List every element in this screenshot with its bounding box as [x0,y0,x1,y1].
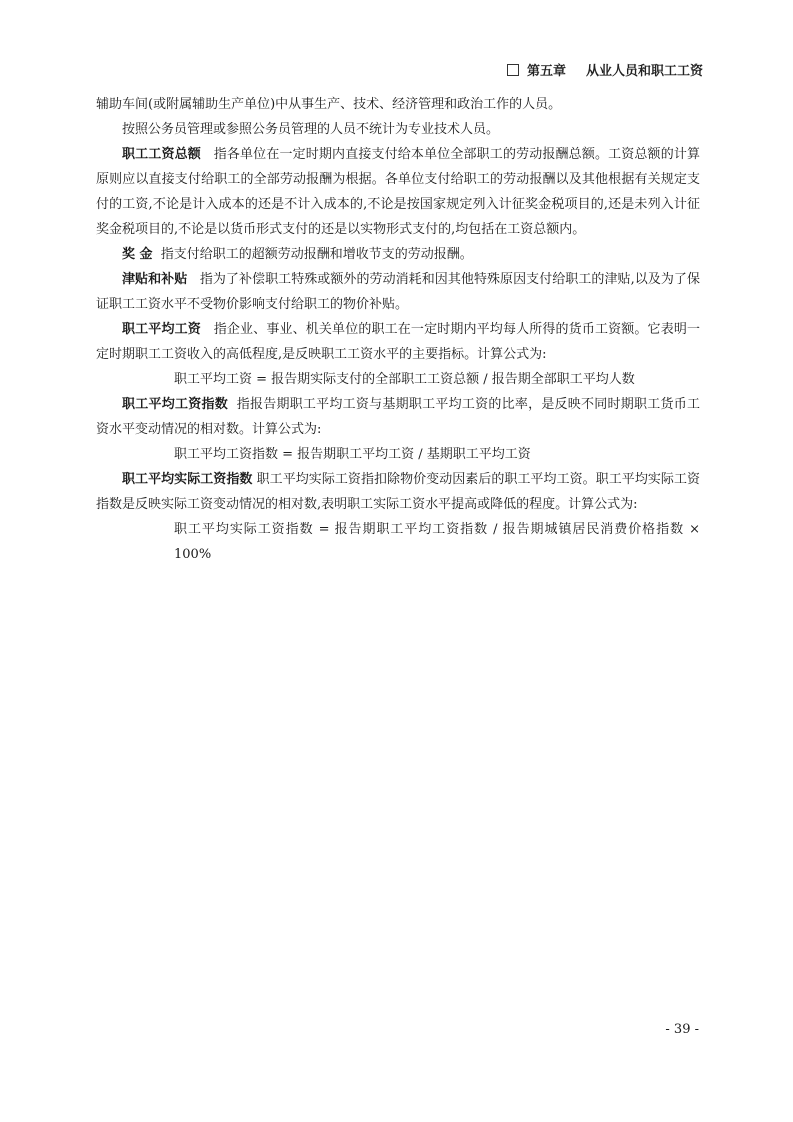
page-number: - 39 - [665,1022,699,1037]
paragraph-civil-servants-note: 按照公务员管理或参照公务员管理的人员不统计为专业技术人员。 [96,117,700,142]
paragraph-continuation: 辅助车间(或附属辅助生产单位)中从事生产、技术、经济管理和政治工作的人员。 [96,92,700,117]
square-bullet-icon [507,64,519,76]
paragraph-real-wage-index: 职工平均实际工资指数 职工平均实际工资指扣除物价变动因素后的职工平均工资。职工平… [96,467,700,517]
term-heading: 职工平均实际工资指数 [122,472,252,487]
formula-average-wage-index: 职工平均工资指数 = 报告期职工平均工资 / 基期职工平均工资 [96,442,700,467]
paragraph-total-wages: 职工工资总额 指各单位在一定时期内直接支付给本单位全部职工的劳动报酬总额。工资总… [96,142,700,242]
term-heading: 职工平均工资 [122,322,201,337]
formula-real-wage-index: 职工平均实际工资指数 = 报告期职工平均工资指数 / 报告期城镇居民消费价格指数… [96,517,700,567]
formula-average-wage: 职工平均工资 = 报告期实际支付的全部职工工资总额 / 报告期全部职工平均人数 [96,367,700,392]
paragraph-bonus: 奖 金 指支付给职工的超额劳动报酬和增收节支的劳动报酬。 [96,242,700,267]
paragraph-average-wage-index: 职工平均工资指数 指报告期职工平均工资与基期职工平均工资的比率，是反映不同时期职… [96,392,700,442]
paragraph-average-wage: 职工平均工资 指企业、事业、机关单位的职工在一定时期内平均每人所得的货币工资额。… [96,317,700,367]
term-heading: 职工工资总额 [122,147,201,162]
page-body: 辅助车间(或附属辅助生产单位)中从事生产、技术、经济管理和政治工作的人员。 按照… [96,92,700,567]
chapter-number: 第五章 [527,60,566,79]
chapter-title: 从业人员和职工工资 [586,60,703,79]
running-header: 第五章 从业人员和职工工资 [507,60,703,79]
paragraph-allowances: 津贴和补贴 指为了补偿职工特殊或额外的劳动消耗和因其他特殊原因支付给职工的津贴,… [96,267,700,317]
term-heading: 职工平均工资指数 [122,397,228,412]
term-heading: 津贴和补贴 [122,272,187,287]
term-heading: 奖 金 [122,247,153,262]
